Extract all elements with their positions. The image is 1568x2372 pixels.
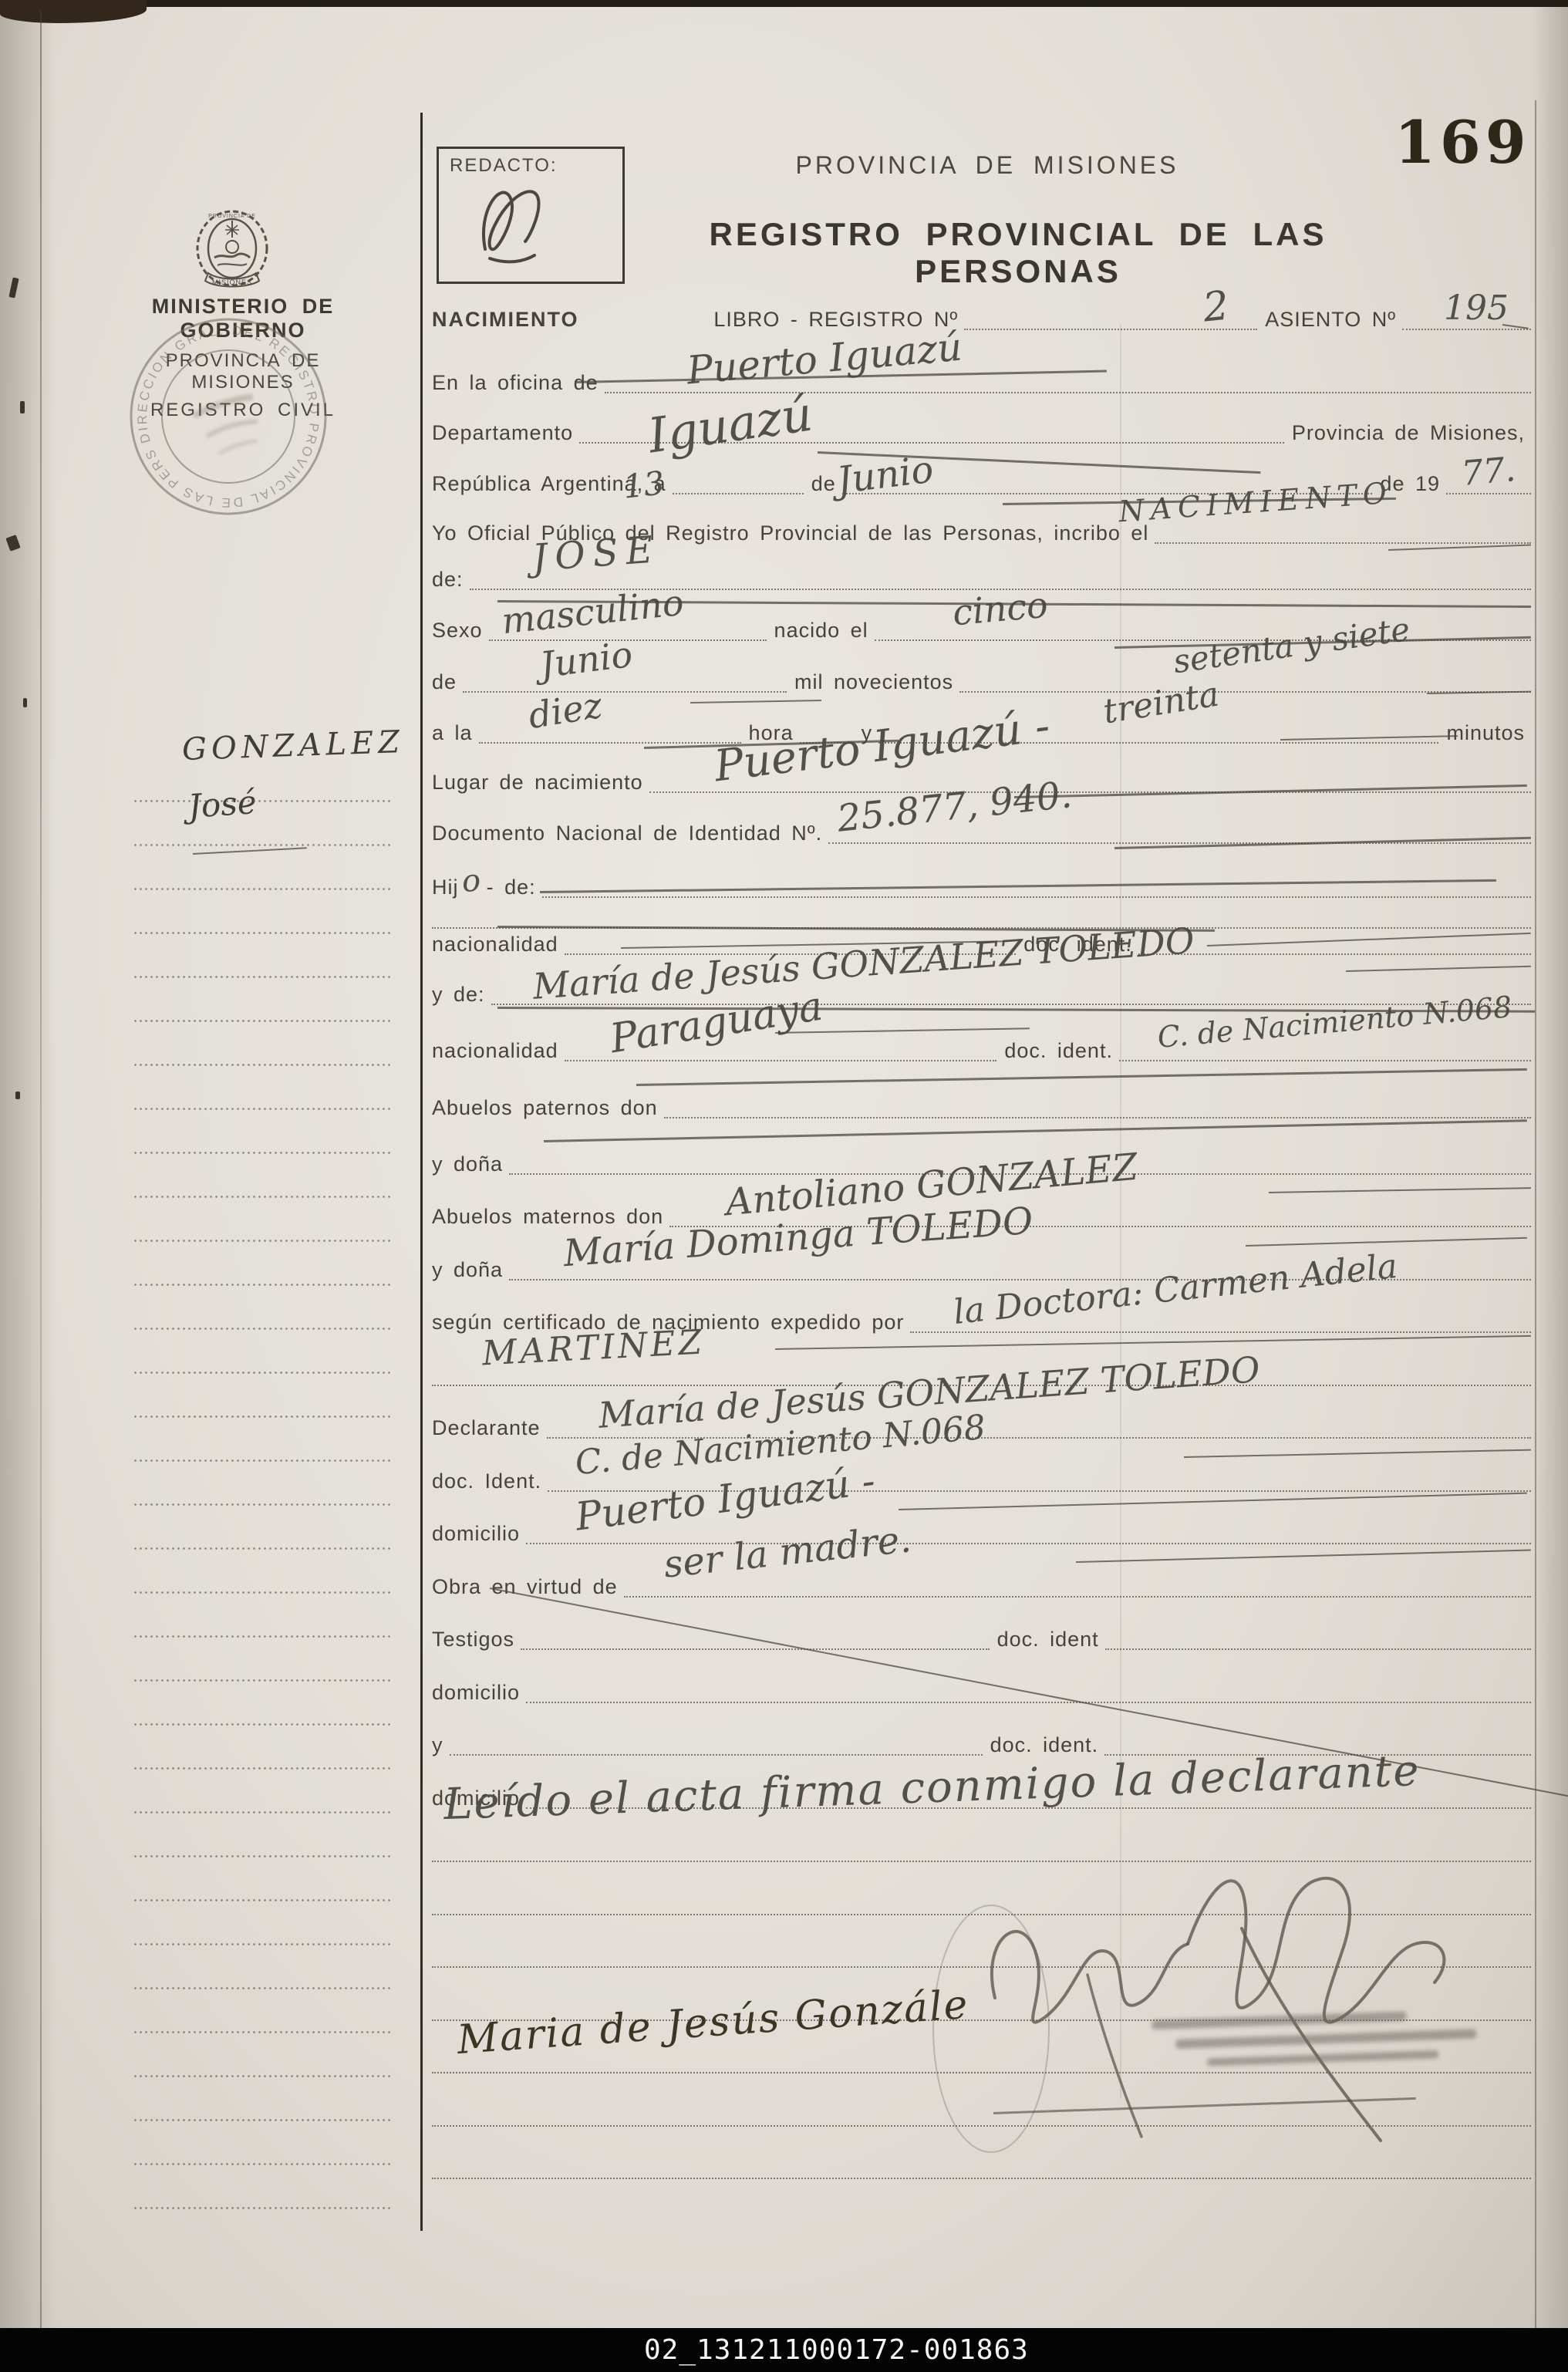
padre-field <box>542 869 1531 898</box>
pen-stroke <box>1388 545 1531 551</box>
declarante-domicilio-label: domicilio <box>432 1523 526 1544</box>
abuela-paterna-label: y doña <box>432 1153 509 1175</box>
pen-stroke <box>899 1493 1527 1510</box>
madre-nacionalidad-label: nacionalidad <box>432 1040 565 1061</box>
asiento-value-handwritten: 195 <box>1444 292 1509 326</box>
lugar-label: Lugar de nacimiento <box>432 771 649 793</box>
a-la-label: a la <box>432 722 479 744</box>
registry-round-stamp: DIRECCION GRAL. DEL REGISTRO PROVINCIAL … <box>125 313 332 520</box>
svg-text:PROVINCIA DE: PROVINCIA DE <box>208 214 256 219</box>
testigo2-field <box>450 1726 983 1756</box>
minutos-label: minutos <box>1438 722 1531 744</box>
redacto-box: REDACTO: <box>437 147 625 284</box>
hij-label: Hij <box>432 876 460 898</box>
testigos-doc-field <box>1105 1621 1531 1650</box>
hijo-o-handwritten: o <box>459 865 487 899</box>
departamento-label: Departamento <box>432 422 579 444</box>
abuela-materna-label: y doña <box>432 1259 509 1280</box>
abuelo-materno-label: Abuelos maternos don <box>432 1206 669 1227</box>
testigos-label: Testigos <box>432 1628 521 1650</box>
padre-nacionalidad-label: nacionalidad <box>432 933 565 955</box>
y-de-label: y de: <box>432 984 491 1005</box>
pen-stroke <box>775 1335 1531 1350</box>
libro-value-handwritten: 2 <box>1201 285 1230 328</box>
svg-text:DIRECCION GRAL. DEL REGISTRO P: DIRECCION GRAL. DEL REGISTRO PROVINCIAL … <box>89 278 346 539</box>
form-left-rule <box>420 113 423 2231</box>
act-type-label: NACIMIENTO <box>432 309 585 330</box>
pen-stroke <box>1246 1237 1527 1247</box>
scan-top-edge <box>0 0 1568 7</box>
pen-stroke <box>1184 1449 1531 1458</box>
testigo-domicilio-field <box>526 1674 1531 1703</box>
misiones-coat-of-arms-icon: MISIONES PROVINCIA DE <box>185 207 279 296</box>
pen-stroke <box>1346 966 1531 972</box>
binding-mark <box>15 1092 20 1099</box>
redacto-monogram-icon <box>439 149 622 282</box>
pen-stroke <box>636 1068 1527 1086</box>
page-left-edge <box>40 11 42 2330</box>
mes-de-label: de <box>432 671 463 693</box>
pen-stroke <box>1076 1550 1531 1563</box>
form-title: REGISTRO PROVINCIAL DE LAS PERSONAS <box>663 216 1373 290</box>
page-corner-shadow <box>0 0 147 23</box>
abuelo-paterno-field <box>664 1089 1531 1119</box>
hij-de-label: - de: <box>487 876 542 898</box>
margin-dotted-lines <box>133 779 393 2230</box>
dia-value: 13 <box>622 467 666 503</box>
declarante-doc-label: doc. Ident. <box>432 1470 548 1492</box>
testigo2-label: y <box>432 1734 450 1756</box>
anio-value: 77. <box>1460 453 1517 491</box>
scanned-birth-certificate-page: 169 REDACTO: PROVINCIA DE MISIONES REGIS… <box>0 0 1568 2372</box>
scan-footer-bar: 02_131211000172-001863 <box>0 2328 1568 2372</box>
hora-value: diez <box>526 687 605 734</box>
padre-field-2 <box>432 899 1531 929</box>
margin-surname: GONZALEZ <box>181 724 404 768</box>
nacido-dia-value: cinco <box>951 587 1049 631</box>
provincia-label: Provincia de Misiones, <box>1284 422 1531 444</box>
pen-stroke <box>1269 1187 1531 1193</box>
nacido-el-label: nacido el <box>767 619 875 641</box>
dni-label: Documento Nacional de Identidad Nº. <box>432 822 828 844</box>
departamento-value: Iguazú <box>646 390 815 460</box>
mes-nac-value: Junio <box>538 636 635 683</box>
registry-line: NACIMIENTO LIBRO - REGISTRO Nº ASIENTO N… <box>432 299 1531 330</box>
pen-stroke <box>544 1119 1527 1142</box>
scan-code: 02_131211000172-001863 <box>644 2334 1029 2366</box>
testigos-field <box>521 1621 990 1650</box>
header-province: PROVINCIA DE MISIONES <box>771 151 1203 180</box>
pen-stroke <box>690 700 821 704</box>
closing-note-handwritten: Leído el acta firma conmigo la declarant… <box>443 1749 1421 1827</box>
nombre-label: de: <box>432 569 470 590</box>
testigos-doc-label: doc. ident <box>990 1628 1105 1650</box>
page-right-edge <box>1535 100 1536 2330</box>
sexo-label: Sexo <box>432 619 489 641</box>
page-right-shadow <box>1533 0 1568 2372</box>
page-number: 169 <box>1394 108 1531 177</box>
nombre-value: JOSE <box>531 531 662 576</box>
dia-field <box>673 465 804 494</box>
binding-shadow <box>0 0 56 2372</box>
declarante-label: Declarante <box>432 1417 547 1439</box>
binding-mark <box>23 698 27 707</box>
abuelo-paterno-label: Abuelos paternos don <box>432 1097 664 1119</box>
mil-novecientos-label: mil novecientos <box>787 671 959 693</box>
svg-text:MISIONES: MISIONES <box>212 278 252 286</box>
madre-doc-label: doc. ident. <box>996 1040 1119 1061</box>
binding-mark <box>20 401 25 413</box>
official-stamp-impression <box>1152 1999 1463 2110</box>
hora-field <box>479 714 741 744</box>
testigo2-doc-label: doc. ident. <box>983 1734 1105 1756</box>
testigo-domicilio-label: domicilio <box>432 1682 526 1703</box>
asiento-label: ASIENTO Nº <box>1257 309 1402 330</box>
